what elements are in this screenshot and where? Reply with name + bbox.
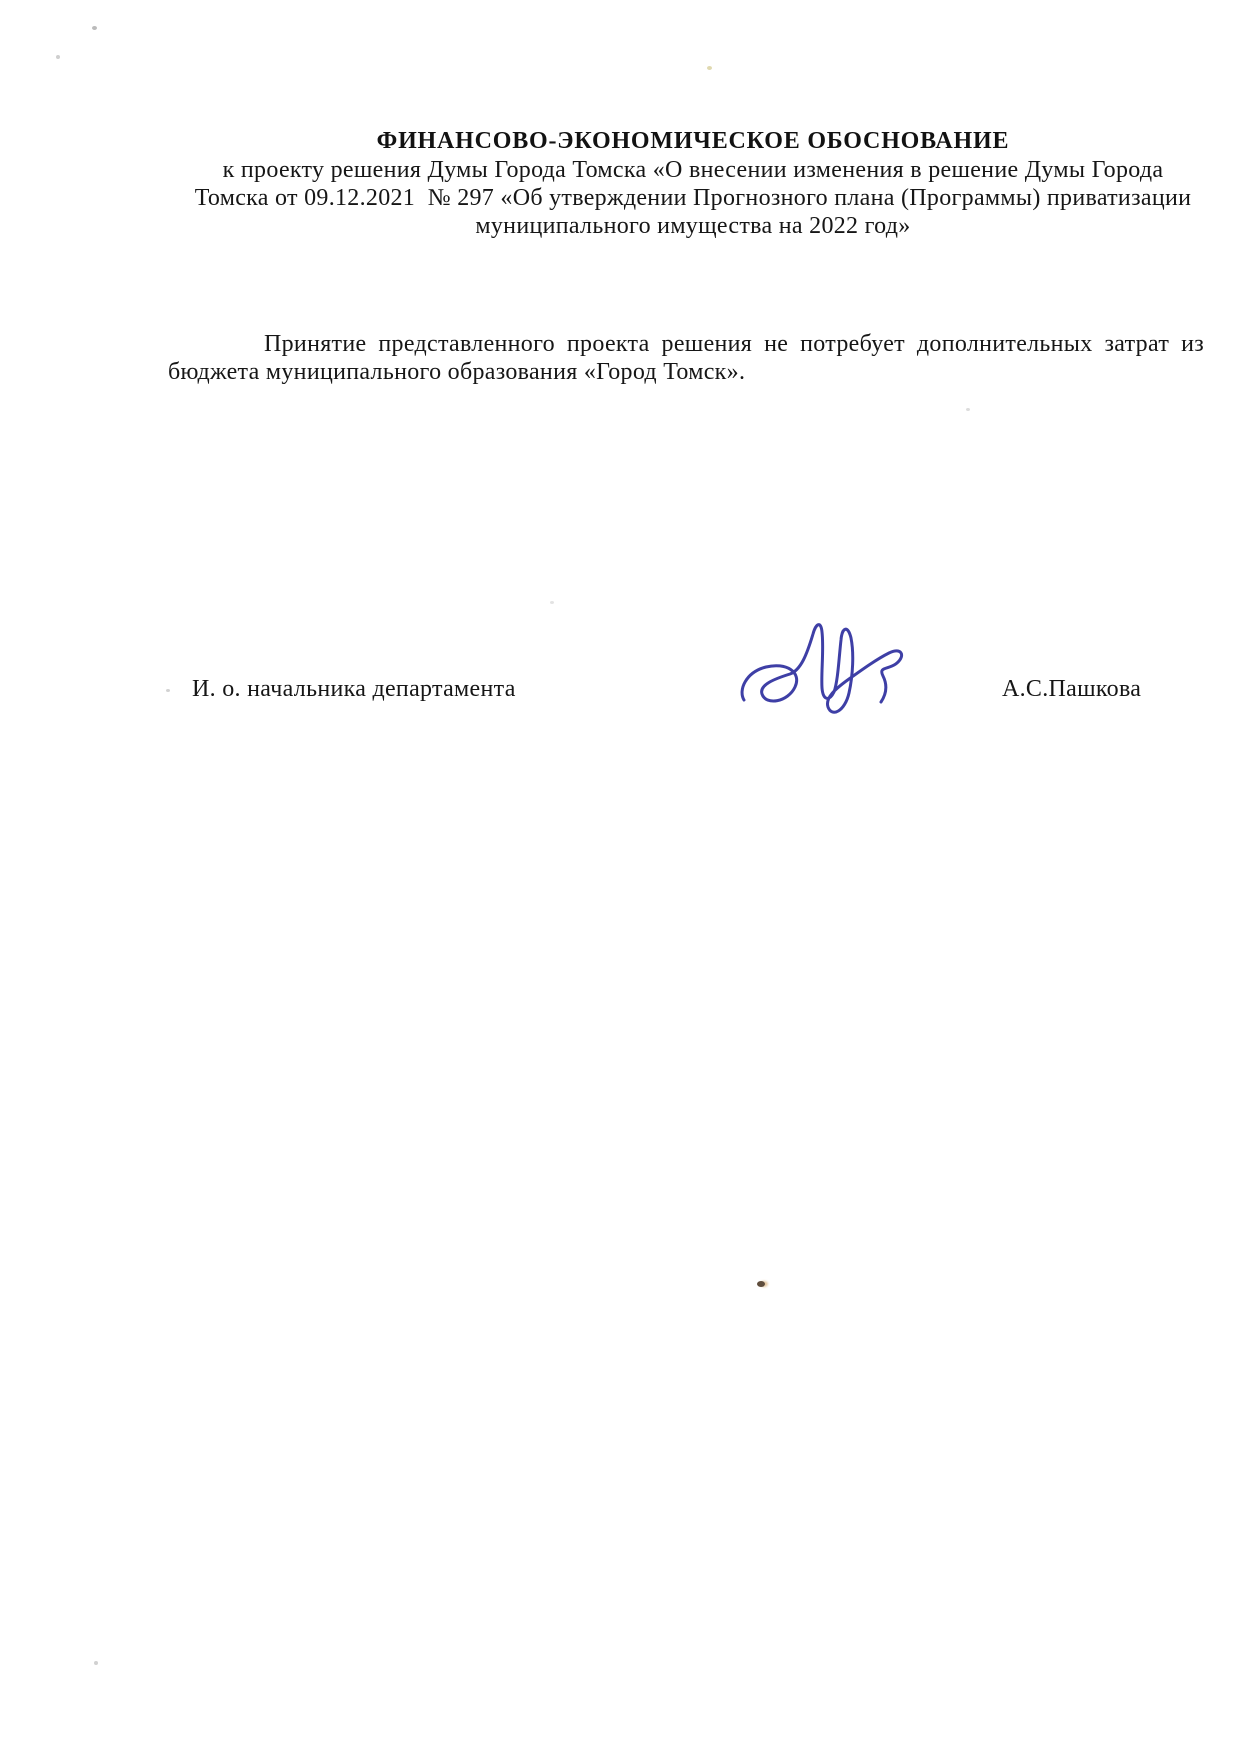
signatory-name: А.С.Пашкова [1002,676,1141,703]
document-header: ФИНАНСОВО-ЭКОНОМИЧЕСКОЕ ОБОСНОВАНИЕ к пр… [168,126,1218,240]
body-text-line-2: бюджета муниципального образования «Горо… [168,358,1204,386]
scan-speck [757,1281,765,1287]
subtitle-line-3: муниципального имущества на 2022 год» [168,212,1218,240]
document-body-paragraph: Принятие представленного проекта решения… [168,330,1204,386]
document-title: ФИНАНСОВО-ЭКОНОМИЧЕСКОЕ ОБОСНОВАНИЕ [168,126,1218,156]
scan-speck [94,1661,98,1665]
scan-speck [56,55,60,59]
scan-speck [707,66,712,70]
signatory-position-label: И. о. начальника департамента [192,676,516,703]
scan-speck [966,408,970,411]
handwritten-signature-ink [736,610,912,726]
subtitle-line-1: к проекту решения Думы Города Томска «О … [168,156,1218,184]
body-text-line-1: Принятие представленного проекта решения… [168,330,1204,358]
scan-speck [550,601,554,604]
subtitle-line-2: Томска от 09.12.2021 № 297 «Об утвержден… [168,184,1218,212]
document-page: ФИНАНСОВО-ЭКОНОМИЧЕСКОЕ ОБОСНОВАНИЕ к пр… [0,0,1240,1753]
document-subtitle: к проекту решения Думы Города Томска «О … [168,156,1218,240]
scan-speck [166,689,170,692]
scan-speck [92,26,97,30]
